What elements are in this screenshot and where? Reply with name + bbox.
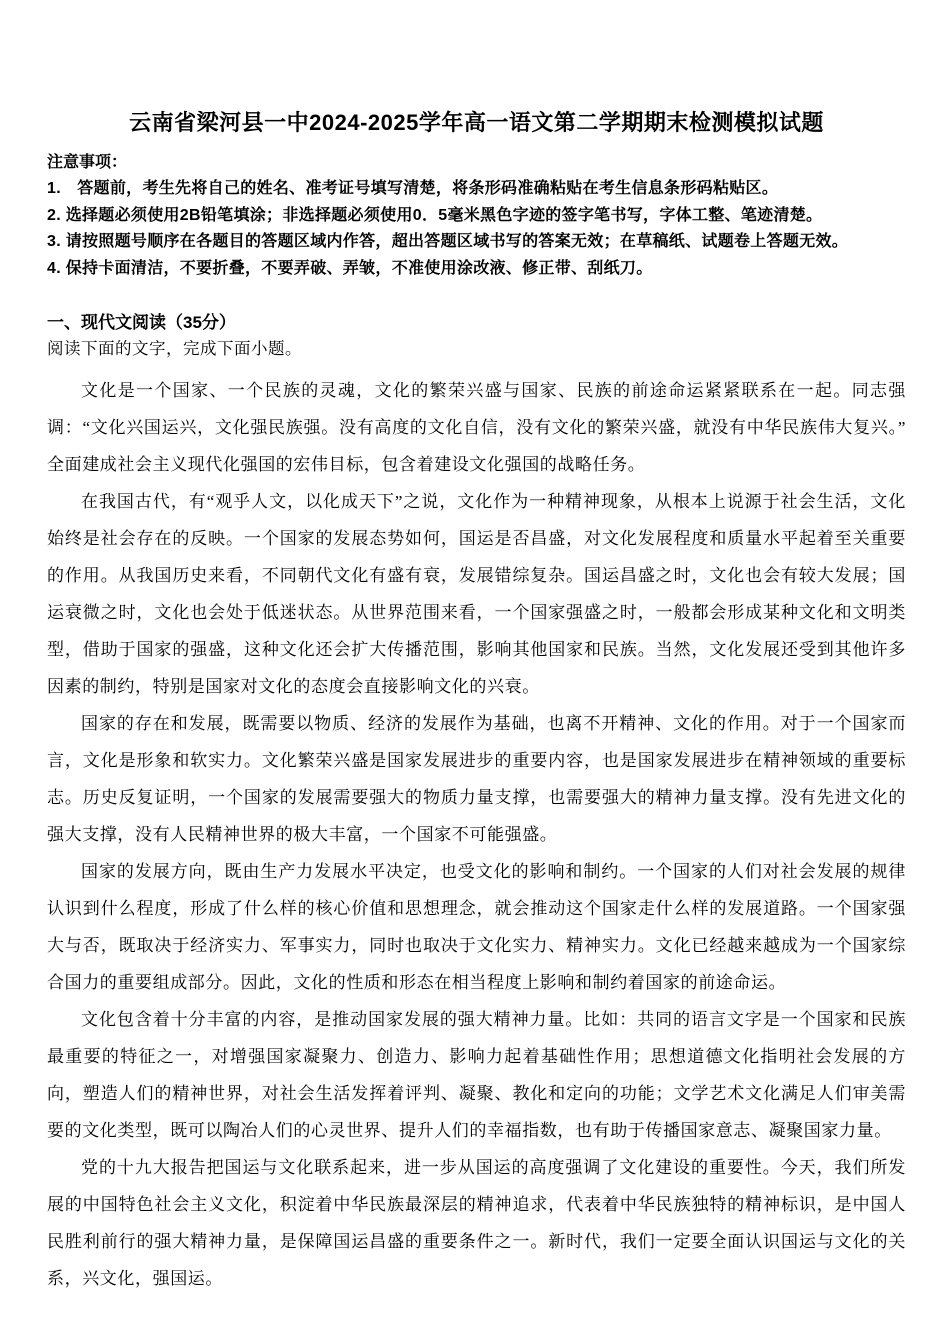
notice-section: 注意事项： 1. 答题前，考生先将自己的姓名、准考证号填写清楚，将条形码准确粘贴… [47, 150, 906, 282]
notice-heading: 注意事项： [47, 150, 906, 176]
reading-passage: 文化是一个国家、一个民族的灵魂，文化的繁荣兴盛与国家、民族的前途命运紧紧联系在一… [47, 372, 906, 1297]
passage-paragraph-2: 在我国古代，有“观乎人文，以化成天下”之说，文化作为一种精神现象，从根本上说源于… [47, 483, 906, 705]
passage-paragraph-1: 文化是一个国家、一个民族的灵魂，文化的繁荣兴盛与国家、民族的前途命运紧紧联系在一… [47, 372, 906, 483]
passage-paragraph-6: 党的十九大报告把国运与文化联系起来，进一步从国运的高度强调了文化建设的重要性。今… [47, 1149, 906, 1297]
notice-item-2: 2. 选择题必须使用2B铅笔填涂；非选择题必须使用0．5毫米黑色字迹的签字笔书写… [47, 203, 906, 230]
page-title: 云南省梁河县一中2024-2025学年高一语文第二学期期末检测模拟试题 [47, 0, 906, 138]
notice-item-1: 1. 答题前，考生先将自己的姓名、准考证号填写清楚，将条形码准确粘贴在考生信息条… [47, 176, 906, 203]
notice-item-3: 3. 请按照题号顺序在各题目的答题区域内作答，超出答题区域书写的答案无效；在草稿… [47, 229, 906, 256]
passage-paragraph-3: 国家的存在和发展，既需要以物质、经济的发展作为基础，也离不开精神、文化的作用。对… [47, 705, 906, 853]
passage-paragraph-4: 国家的发展方向，既由生产力发展水平决定，也受文化的影响和制约。一个国家的人们对社… [47, 853, 906, 1001]
section-heading: 一、现代文阅读（35分） [47, 310, 906, 336]
notice-item-4: 4. 保持卡面清洁，不要折叠，不要弄破、弄皱，不准使用涂改液、修正带、刮纸刀。 [47, 256, 906, 283]
passage-paragraph-5: 文化包含着十分丰富的内容，是推动国家发展的强大精神力量。比如：共同的语言文字是一… [47, 1001, 906, 1149]
reading-instruction: 阅读下面的文字，完成下面小题。 [47, 336, 906, 362]
exam-paper: 云南省梁河县一中2024-2025学年高一语文第二学期期末检测模拟试题 注意事项… [0, 0, 950, 1344]
